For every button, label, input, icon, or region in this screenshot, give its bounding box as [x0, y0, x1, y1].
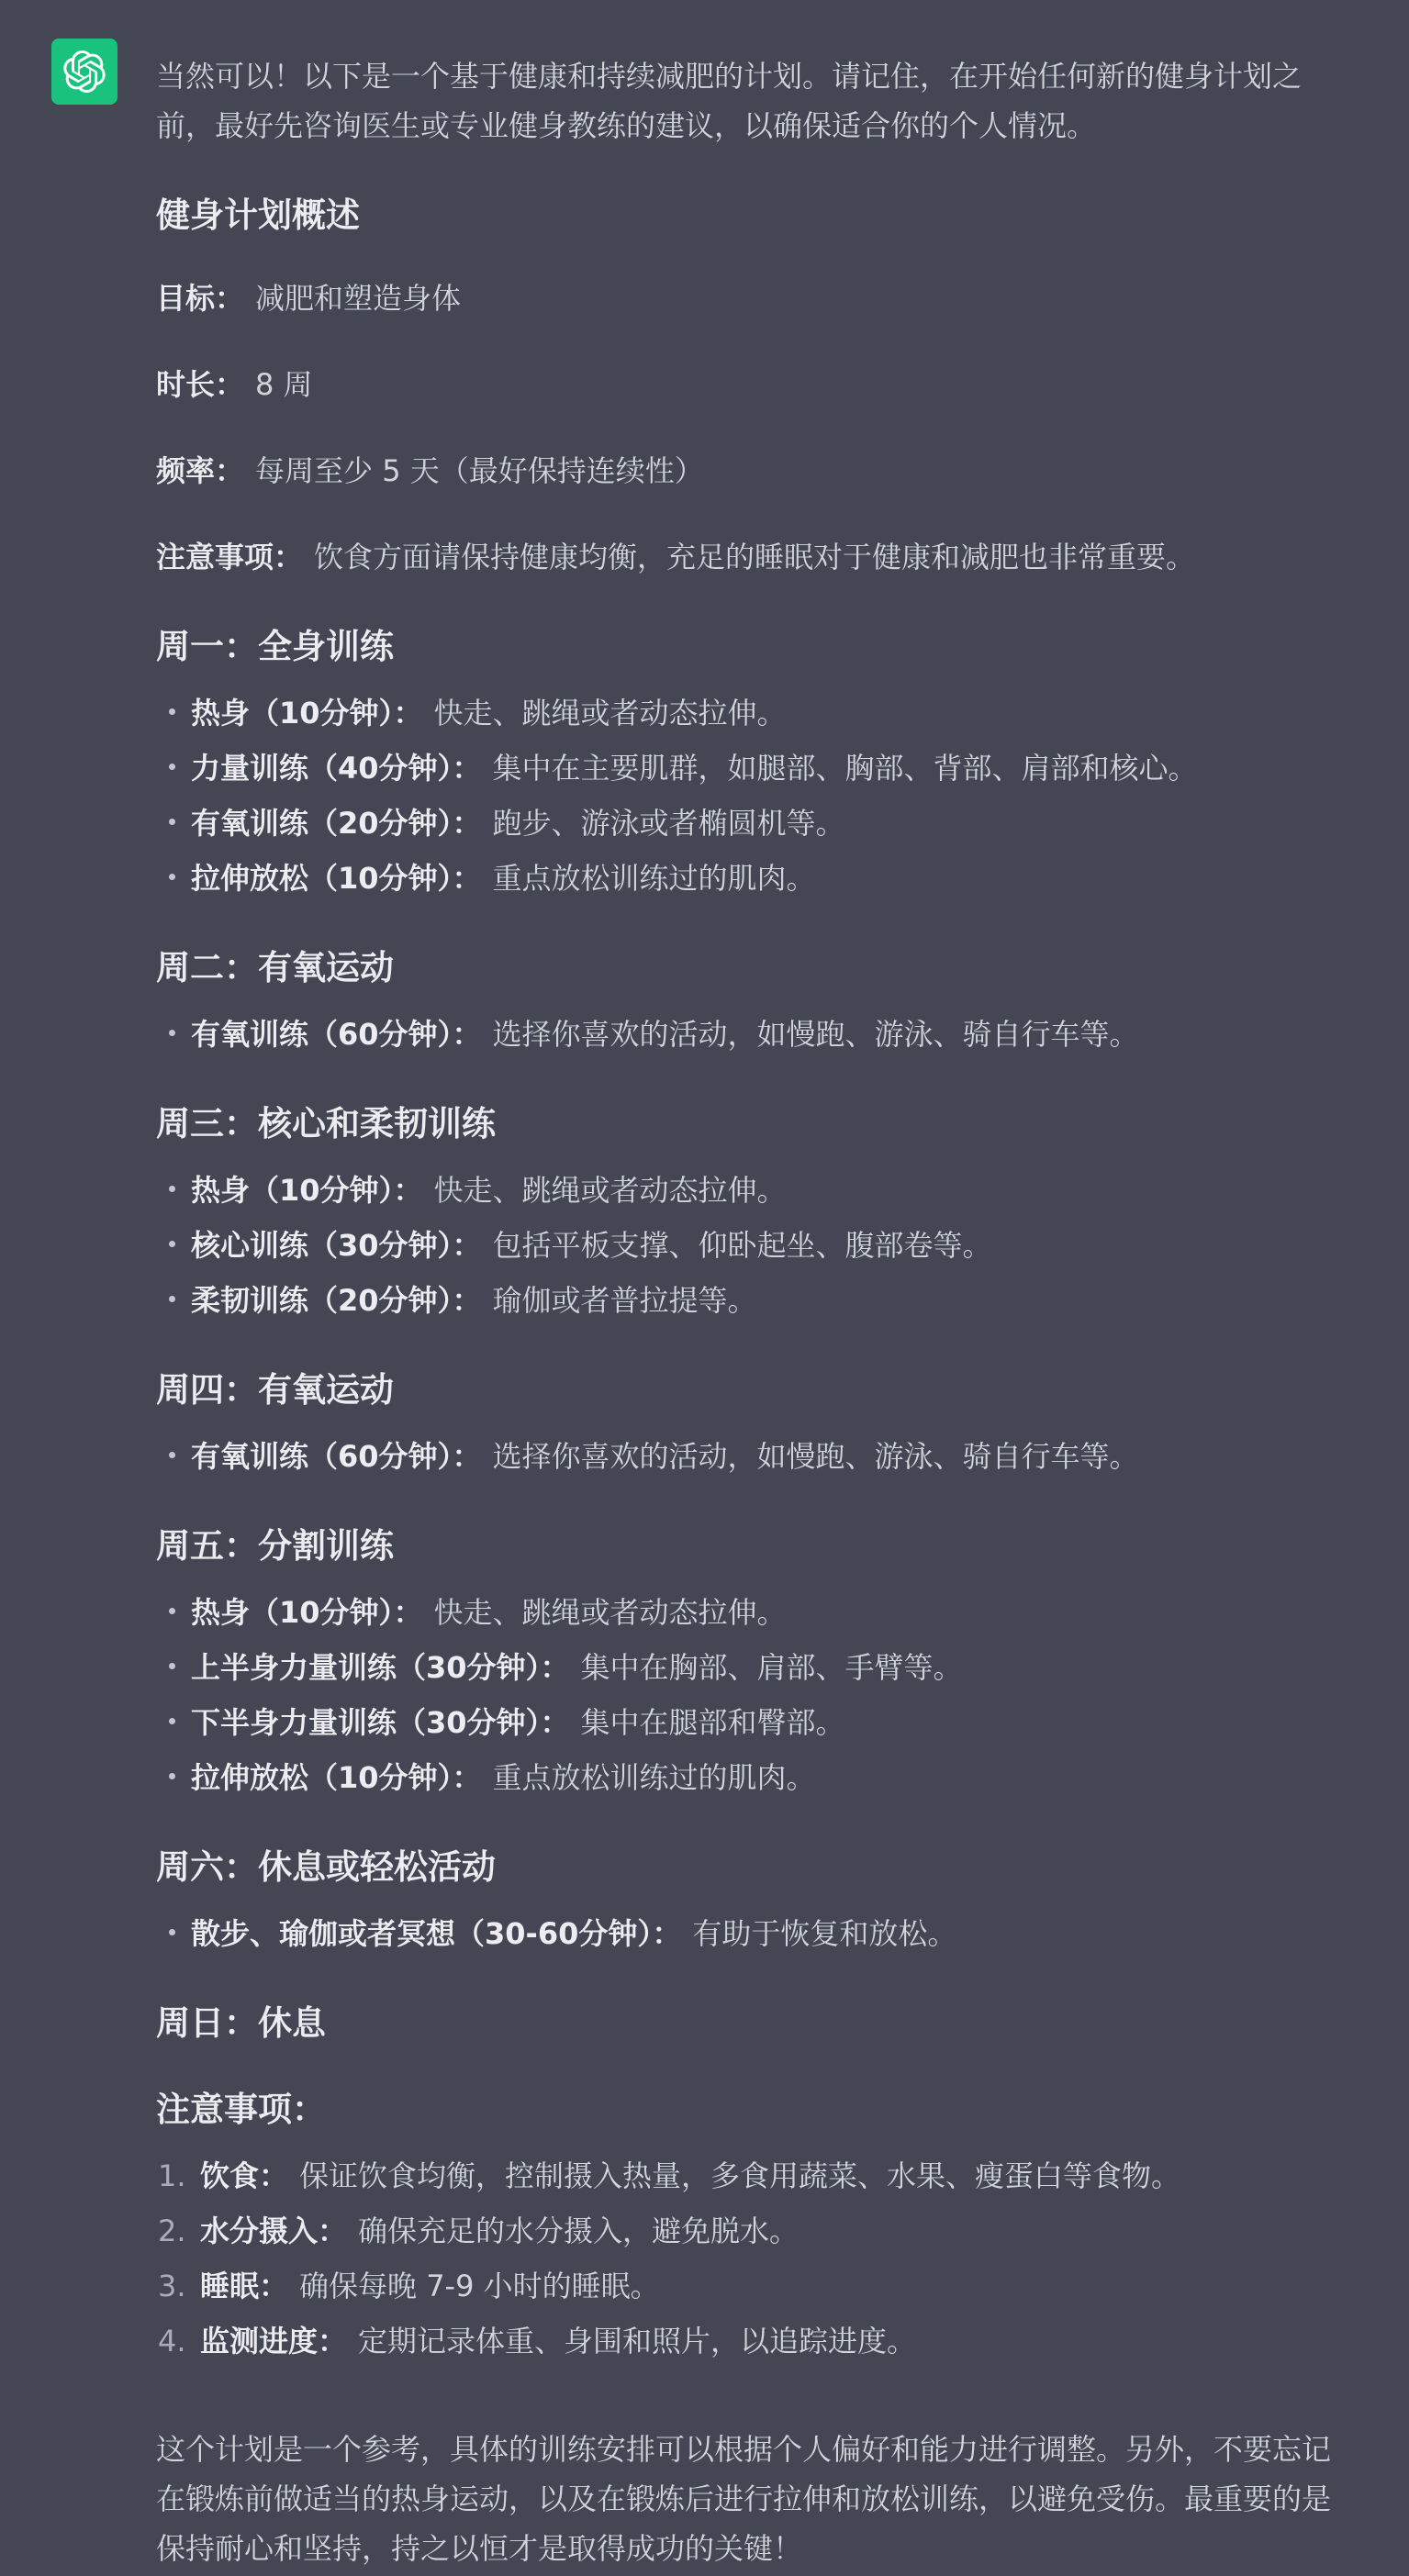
bullet-item: 核心训练（30分钟）：包括平板支撑、仰卧起坐、腹部卷等。 — [156, 1221, 1331, 1270]
bullet-text: 选择你喜欢的活动，如慢跑、游泳、骑自行车等。 — [493, 1439, 1139, 1474]
bullet-item: 拉伸放松（10分钟）：重点放松训练过的肌肉。 — [156, 853, 1331, 903]
bullet-item: 热身（10分钟）：快走、跳绳或者动态拉伸。 — [156, 1588, 1331, 1637]
bullet-label: 热身（10分钟）： — [191, 1595, 423, 1630]
note-label: 水分摄入： — [200, 2214, 347, 2248]
note-number: 4. — [158, 2316, 186, 2366]
note-item: 3.睡眠：确保每晚 7-9 小时的睡眠。 — [156, 2261, 1331, 2311]
message-content: 当然可以！以下是一个基于健康和持续减肥的计划。请记住，在开始任何新的健身计划之前… — [156, 39, 1331, 2573]
bullet-label: 热身（10分钟）： — [191, 1173, 423, 1208]
notes-list: 1.饮食：保证饮食均衡，控制摄入热量，多食用蔬菜、水果、瘦蛋白等食物。 2.水分… — [156, 2151, 1331, 2366]
note-number: 1. — [158, 2151, 186, 2201]
bullet-text: 跑步、游泳或者椭圆机等。 — [493, 806, 845, 841]
heading-thursday: 周四：有氧运动 — [156, 1369, 1331, 1411]
heading-wednesday: 周三：核心和柔韧训练 — [156, 1103, 1331, 1145]
bullet-label: 热身（10分钟）： — [191, 696, 423, 730]
overview-text: 8 周 — [255, 367, 313, 402]
heading-sunday: 周日：休息 — [156, 2002, 1331, 2045]
bullet-label: 核心训练（30分钟）： — [191, 1228, 482, 1263]
openai-logo-icon — [63, 50, 106, 93]
heading-overview: 健身计划概述 — [156, 195, 1331, 237]
bullet-label: 力量训练（40分钟）： — [191, 751, 482, 786]
thursday-list: 有氧训练（60分钟）：选择你喜欢的活动，如慢跑、游泳、骑自行车等。 — [156, 1432, 1331, 1481]
closing-paragraph: 这个计划是一个参考，具体的训练安排可以根据个人偏好和能力进行调整。另外，不要忘记… — [156, 2425, 1331, 2573]
note-label: 睡眠： — [200, 2269, 288, 2303]
heading-tuesday: 周二：有氧运动 — [156, 947, 1331, 989]
bullet-text: 集中在主要肌群，如腿部、胸部、背部、肩部和核心。 — [493, 751, 1198, 786]
friday-list: 热身（10分钟）：快走、跳绳或者动态拉伸。 上半身力量训练（30分钟）：集中在胸… — [156, 1588, 1331, 1802]
note-label: 监测进度： — [200, 2324, 347, 2359]
heading-notes: 注意事项： — [156, 2089, 1331, 2131]
bullet-text: 集中在腿部和臀部。 — [581, 1705, 845, 1740]
bullet-label: 拉伸放松（10分钟）： — [191, 861, 482, 896]
tuesday-list: 有氧训练（60分钟）：选择你喜欢的活动，如慢跑、游泳、骑自行车等。 — [156, 1009, 1331, 1059]
bullet-label: 有氧训练（60分钟）： — [191, 1439, 482, 1474]
bullet-text: 重点放松训练过的肌肉。 — [493, 861, 816, 896]
note-label: 饮食： — [200, 2158, 288, 2193]
intro-paragraph: 当然可以！以下是一个基于健康和持续减肥的计划。请记住，在开始任何新的健身计划之前… — [156, 51, 1331, 151]
overview-text: 减肥和塑造身体 — [255, 281, 461, 316]
overview-text: 每周至少 5 天（最好保持连续性） — [255, 453, 704, 488]
saturday-list: 散步、瑜伽或者冥想（30-60分钟）：有助于恢复和放松。 — [156, 1909, 1331, 1958]
bullet-item: 拉伸放松（10分钟）：重点放松训练过的肌肉。 — [156, 1753, 1331, 1802]
bullet-text: 快走、跳绳或者动态拉伸。 — [434, 1595, 787, 1630]
overview-label: 时长： — [156, 367, 244, 402]
bullet-item: 柔韧训练（20分钟）：瑜伽或者普拉提等。 — [156, 1276, 1331, 1325]
bullet-label: 散步、瑜伽或者冥想（30-60分钟）： — [191, 1916, 681, 1951]
monday-list: 热身（10分钟）：快走、跳绳或者动态拉伸。 力量训练（40分钟）：集中在主要肌群… — [156, 688, 1331, 903]
bullet-item: 上半身力量训练（30分钟）：集中在胸部、肩部、手臂等。 — [156, 1643, 1331, 1692]
bullet-item: 有氧训练（20分钟）：跑步、游泳或者椭圆机等。 — [156, 798, 1331, 848]
wednesday-list: 热身（10分钟）：快走、跳绳或者动态拉伸。 核心训练（30分钟）：包括平板支撑、… — [156, 1165, 1331, 1325]
note-text: 确保充足的水分摄入，避免脱水。 — [358, 2214, 799, 2248]
bullet-label: 拉伸放松（10分钟）： — [191, 1760, 482, 1795]
assistant-message: 当然可以！以下是一个基于健康和持续减肥的计划。请记住，在开始任何新的健身计划之前… — [0, 0, 1409, 2573]
note-item: 2.水分摄入：确保充足的水分摄入，避免脱水。 — [156, 2206, 1331, 2256]
bullet-label: 有氧训练（20分钟）： — [191, 806, 482, 841]
note-item: 1.饮食：保证饮食均衡，控制摄入热量，多食用蔬菜、水果、瘦蛋白等食物。 — [156, 2151, 1331, 2201]
note-number: 3. — [158, 2261, 186, 2311]
bullet-item: 有氧训练（60分钟）：选择你喜欢的活动，如慢跑、游泳、骑自行车等。 — [156, 1009, 1331, 1059]
bullet-text: 集中在胸部、肩部、手臂等。 — [581, 1650, 963, 1685]
overview-item-notes: 注意事项：饮食方面请保持健康均衡，充足的睡眠对于健康和减肥也非常重要。 — [156, 532, 1331, 582]
bullet-item: 力量训练（40分钟）：集中在主要肌群，如腿部、胸部、背部、肩部和核心。 — [156, 743, 1331, 793]
bullet-text: 包括平板支撑、仰卧起坐、腹部卷等。 — [493, 1228, 992, 1263]
bullet-item: 散步、瑜伽或者冥想（30-60分钟）：有助于恢复和放松。 — [156, 1909, 1331, 1958]
chatgpt-avatar — [51, 39, 117, 105]
overview-item-goal: 目标：减肥和塑造身体 — [156, 273, 1331, 323]
bullet-label: 有氧训练（60分钟）： — [191, 1017, 482, 1052]
bullet-item: 有氧训练（60分钟）：选择你喜欢的活动，如慢跑、游泳、骑自行车等。 — [156, 1432, 1331, 1481]
bullet-item: 热身（10分钟）：快走、跳绳或者动态拉伸。 — [156, 688, 1331, 738]
bullet-text: 快走、跳绳或者动态拉伸。 — [434, 696, 787, 730]
bullet-text: 选择你喜欢的活动，如慢跑、游泳、骑自行车等。 — [493, 1017, 1139, 1052]
overview-item-duration: 时长：8 周 — [156, 360, 1331, 409]
overview-label: 注意事项： — [156, 540, 303, 574]
bullet-text: 瑜伽或者普拉提等。 — [493, 1283, 757, 1318]
heading-monday: 周一：全身训练 — [156, 626, 1331, 668]
bullet-text: 有助于恢复和放松。 — [692, 1916, 956, 1951]
bullet-label: 柔韧训练（20分钟）： — [191, 1283, 482, 1318]
overview-label: 目标： — [156, 281, 244, 316]
heading-saturday: 周六：休息或轻松活动 — [156, 1846, 1331, 1889]
note-item: 4.监测进度：定期记录体重、身围和照片，以追踪进度。 — [156, 2316, 1331, 2366]
bullet-label: 上半身力量训练（30分钟）： — [191, 1650, 570, 1685]
bullet-label: 下半身力量训练（30分钟）： — [191, 1705, 570, 1740]
bullet-text: 快走、跳绳或者动态拉伸。 — [434, 1173, 787, 1208]
note-text: 保证饮食均衡，控制摄入热量，多食用蔬菜、水果、瘦蛋白等食物。 — [299, 2158, 1180, 2193]
overview-item-frequency: 频率：每周至少 5 天（最好保持连续性） — [156, 446, 1331, 496]
bullet-item: 热身（10分钟）：快走、跳绳或者动态拉伸。 — [156, 1165, 1331, 1215]
heading-friday: 周五：分割训练 — [156, 1525, 1331, 1567]
note-text: 确保每晚 7-9 小时的睡眠。 — [299, 2269, 660, 2303]
bullet-text: 重点放松训练过的肌肉。 — [493, 1760, 816, 1795]
note-text: 定期记录体重、身围和照片，以追踪进度。 — [358, 2324, 916, 2359]
bullet-item: 下半身力量训练（30分钟）：集中在腿部和臀部。 — [156, 1698, 1331, 1747]
note-number: 2. — [158, 2206, 186, 2256]
overview-label: 频率： — [156, 453, 244, 488]
overview-text: 饮食方面请保持健康均衡，充足的睡眠对于健康和减肥也非常重要。 — [314, 540, 1195, 574]
